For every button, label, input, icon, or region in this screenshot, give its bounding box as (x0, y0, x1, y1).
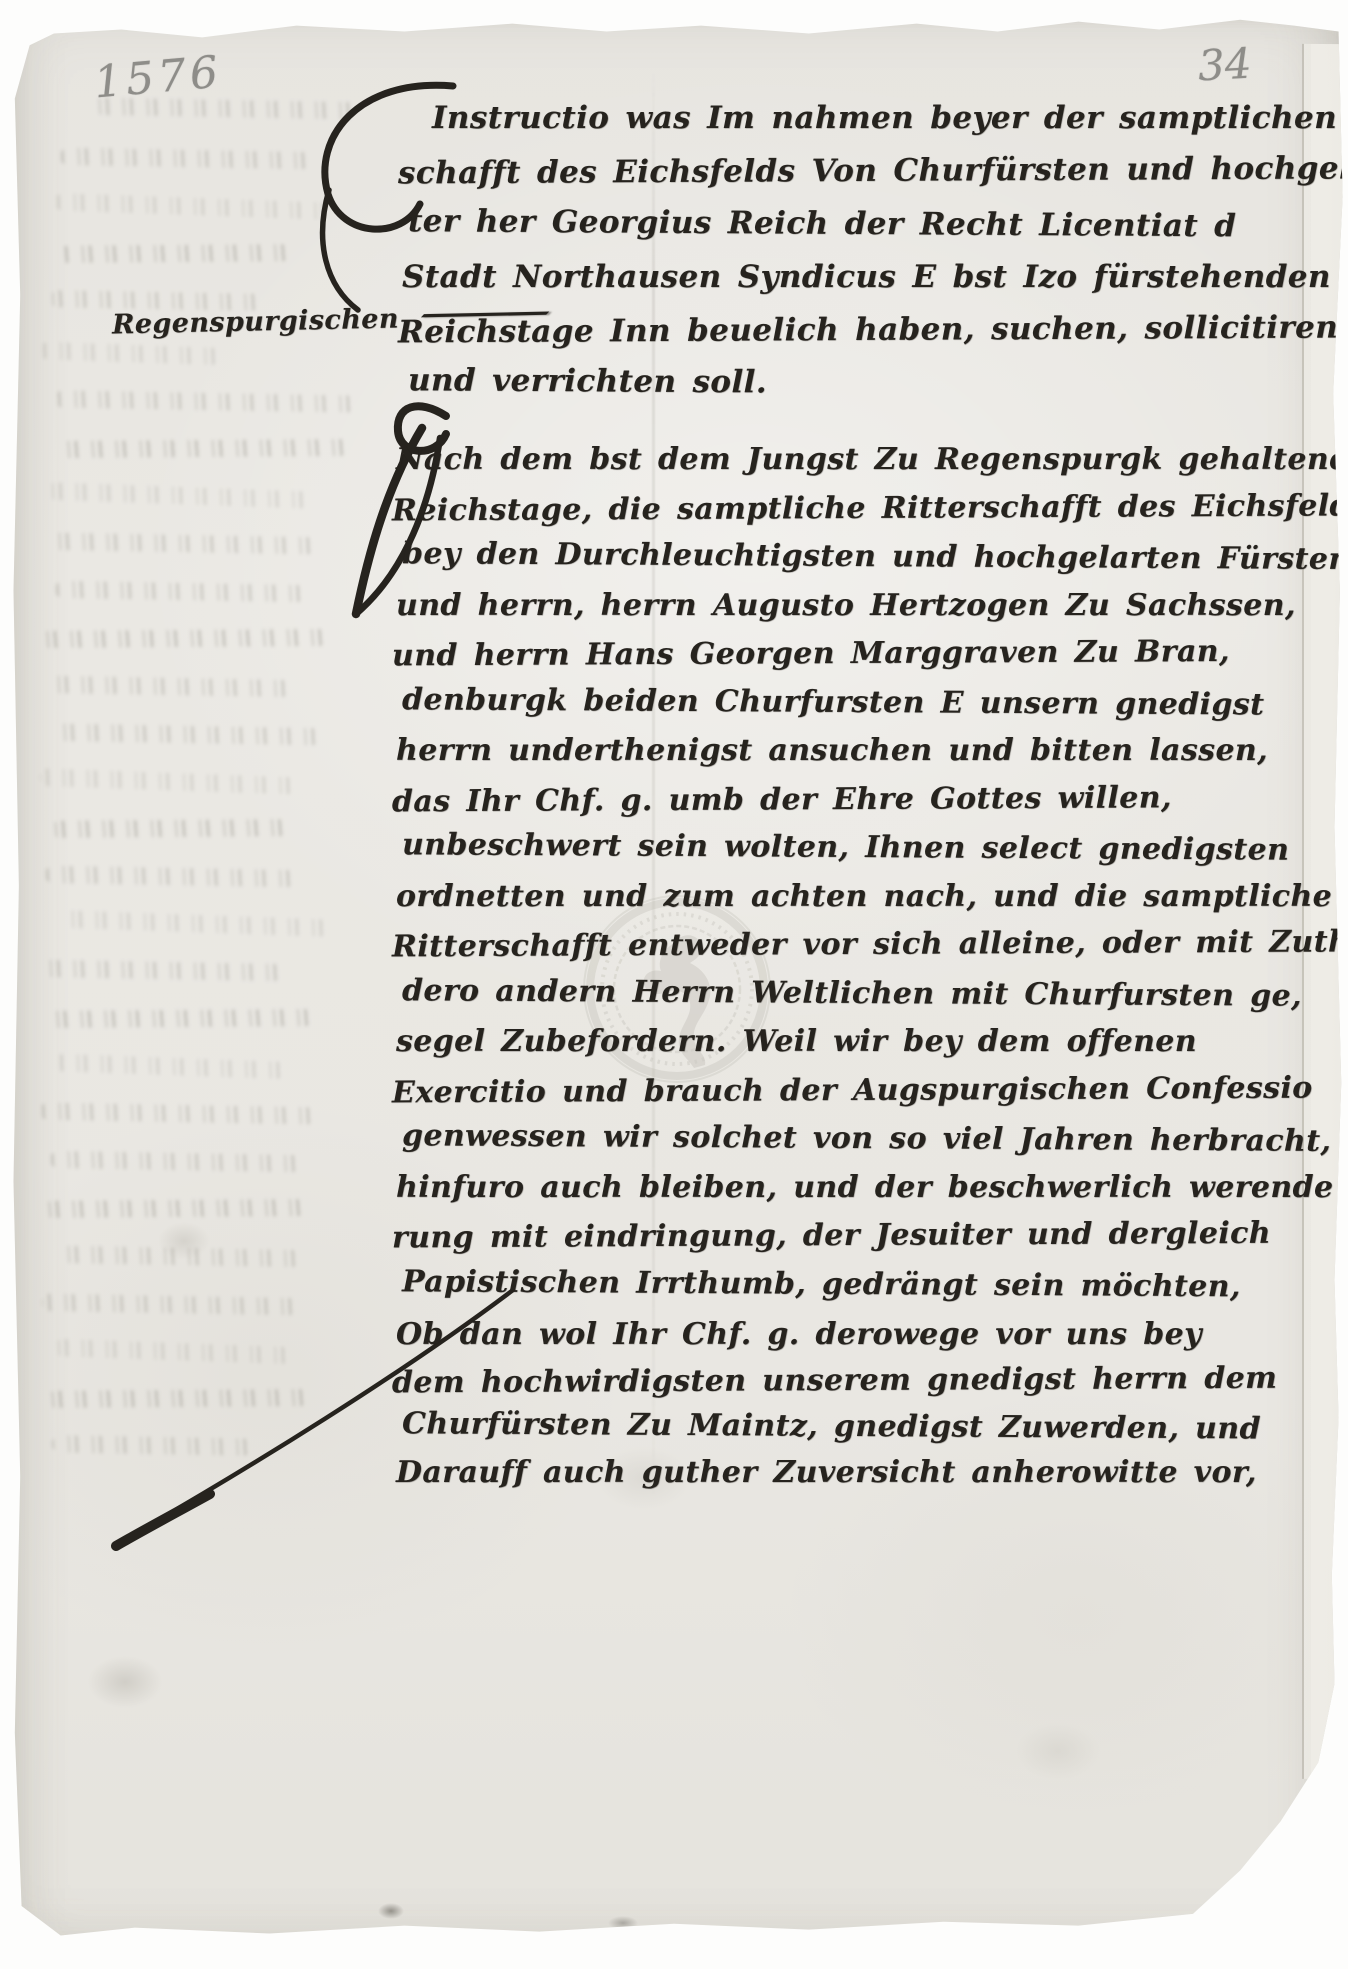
body-line: Papistischen Irrthumb, gedrängt sein möc… (402, 1258, 1318, 1312)
body-line: dero andern Herrn Weltlichen mit Churfur… (402, 967, 1318, 1021)
showthrough-line (42, 960, 282, 981)
showthrough-line (60, 148, 310, 169)
showthrough-line (58, 910, 328, 936)
body-line: Darauff auch guther Zuversicht anherowit… (396, 1450, 1312, 1496)
showthrough-line (48, 1009, 313, 1028)
showthrough-line (40, 342, 220, 365)
paper-sheet: 1576 34 Regenspurgischen— Instructio was… (0, 0, 1348, 1969)
body-line: Ob dan wol Ihr Chf. g. derowege vor uns … (396, 1312, 1312, 1358)
body-line: das Ihr Chf. g. umb der Ehre Gottes will… (392, 773, 1308, 826)
heading-line: Reichstage Inn beuelich haben, suchen, s… (398, 302, 1310, 360)
body-line: bey den Durchleuchtigsten und hochgelart… (402, 530, 1318, 584)
body-line: ordnetten und zum achten nach, und die s… (396, 873, 1312, 922)
body-line: denburgk beiden Churfursten E unsern gne… (402, 676, 1318, 730)
body-line: segel Zubefordern. Weil wir bey dem offe… (396, 1018, 1312, 1067)
body-line: Reichstage, die samptliche Ritterschafft… (392, 482, 1308, 535)
body-line: rung mit eindringung, der Jesuiter und d… (392, 1210, 1308, 1263)
body-line: unbeschwert sein wolten, Ihnen select gn… (402, 821, 1318, 875)
heading-text-block: Instructio was Im nahmen beyer der sampt… (402, 92, 1314, 410)
showthrough-line (58, 439, 348, 458)
ink-speck (378, 1903, 404, 1919)
margin-note-text: Regenspurgischen (112, 303, 399, 340)
folio-page-number: 34 (1197, 39, 1253, 91)
showthrough-line (60, 244, 290, 263)
stain (88, 1656, 162, 1708)
top-edge-smudge (58, 1, 133, 20)
ink-speck (608, 1916, 638, 1930)
showthrough-line (50, 676, 290, 697)
showthrough-line (40, 1103, 315, 1125)
body-line: Nach dem bst dem Jungst Zu Regenspurgk g… (396, 436, 1312, 485)
heading-line: Instructio was Im nahmen beyer der sampt… (402, 92, 1314, 145)
body-paragraph-2: Ob dan wol Ihr Chf. g. derowege vor uns … (396, 1312, 1312, 1496)
showthrough-line (55, 390, 355, 412)
heading-line: Stadt Northausen Syndicus E bst Izo fürs… (402, 251, 1314, 304)
body-line: Exercitio und brauch der Augspurgischen … (392, 1064, 1308, 1117)
heading-line: schafft des Eichsfelds Von Churfürsten u… (398, 143, 1310, 201)
body-line: und herrn, herrn Augusto Hertzogen Zu Sa… (396, 582, 1312, 631)
body-line: herrn underthenigst ansuchen und bitten … (396, 727, 1312, 776)
showthrough-line (55, 581, 305, 602)
showthrough-line (55, 1054, 285, 1079)
showthrough-line (60, 1246, 300, 1267)
body-line: und herrn Hans Georgen Marggraven Zu Bra… (392, 628, 1308, 681)
margin-note: Regenspurgischen— (112, 303, 443, 341)
showthrough-line (50, 1151, 300, 1172)
body-line: hinfuro auch bleiben, und der beschwerli… (396, 1164, 1312, 1213)
showthrough-line (45, 866, 295, 887)
showthrough-line (42, 629, 327, 648)
body-line: dem hochwirdigsten unserem gnedigst herr… (392, 1356, 1308, 1407)
body-paragraph-1: Nach dem bst dem Jungst Zu Regenspurgk g… (396, 436, 1312, 1309)
body-line: Churfürsten Zu Maintz, gnedigst Zuwerden… (402, 1401, 1318, 1453)
showthrough-line (52, 819, 287, 838)
heading-line: und verrichten soll. (408, 354, 1320, 413)
body-line: Ritterschafft entweder vor sich alleine,… (392, 919, 1308, 972)
showthrough-line (48, 482, 308, 508)
stain (1016, 1722, 1100, 1780)
showthrough-line (45, 1199, 305, 1218)
showthrough-line (45, 533, 315, 555)
showthrough-line (55, 193, 330, 220)
scanned-manuscript-page: 1576 34 Regenspurgischen— Instructio was… (0, 0, 1348, 1969)
heading-line: ter her Georgius Reich der Recht Licenti… (408, 195, 1320, 254)
showthrough-line (55, 724, 320, 746)
body-line: genwessen wir solchet von so viel Jahren… (402, 1112, 1318, 1166)
showthrough-line (40, 769, 295, 795)
